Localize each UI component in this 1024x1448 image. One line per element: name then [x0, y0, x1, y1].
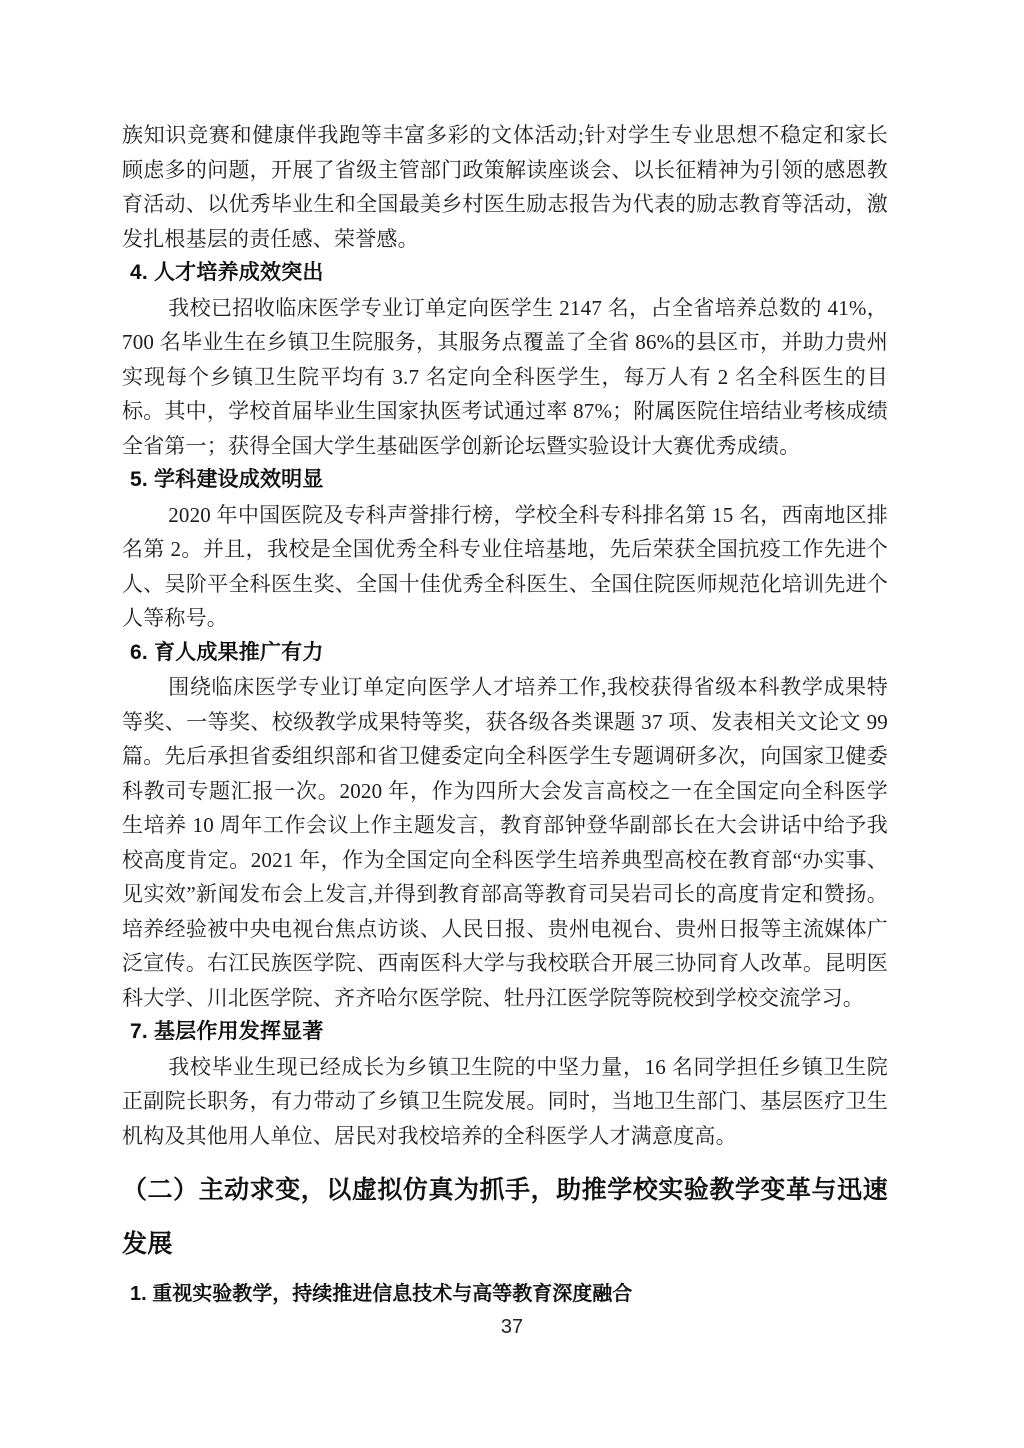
section-5-paragraph: 2020 年中国医院及专科声誉排行榜，学校全科专科排名第 15 名，西南地区排名…	[122, 498, 888, 636]
continuation-paragraph: 族知识竞赛和健康伴我跑等丰富多彩的文体活动;针对学生专业思想不稳定和家长顾虑多的…	[122, 118, 888, 256]
document-page: 族知识竞赛和健康伴我跑等丰富多彩的文体活动;针对学生专业思想不稳定和家长顾虑多的…	[0, 0, 1024, 1448]
page-content: 族知识竞赛和健康伴我跑等丰富多彩的文体活动;针对学生专业思想不稳定和家长顾虑多的…	[122, 118, 888, 1311]
section-6-paragraph: 围绕临床医学专业订单定向医学人才培养工作,我校获得省级本科教学成果特等奖、一等奖…	[122, 670, 888, 1015]
part-2-heading: （二）主动求变，以虚拟仿真为抓手，助推学校实验教学变革与迅速发展	[122, 1163, 888, 1271]
section-4-paragraph: 我校已招收临床医学专业订单定向医学生 2147 名，占全省培养总数的 41%，7…	[122, 291, 888, 464]
section-heading-6: 6. 育人成果推广有力	[130, 636, 888, 671]
section-7-paragraph: 我校毕业生现已经成长为乡镇卫生院的中坚力量，16 名同学担任乡镇卫生院正副院长职…	[122, 1050, 888, 1154]
section-heading-4: 4. 人才培养成效突出	[130, 256, 888, 291]
section-heading-5: 5. 学科建设成效明显	[130, 463, 888, 498]
page-number: 37	[0, 1316, 1024, 1339]
section-heading-7: 7. 基层作用发挥显著	[130, 1015, 888, 1050]
subsection-heading-1: 1. 重视实验教学，持续推进信息技术与高等教育深度融合	[130, 1277, 888, 1311]
